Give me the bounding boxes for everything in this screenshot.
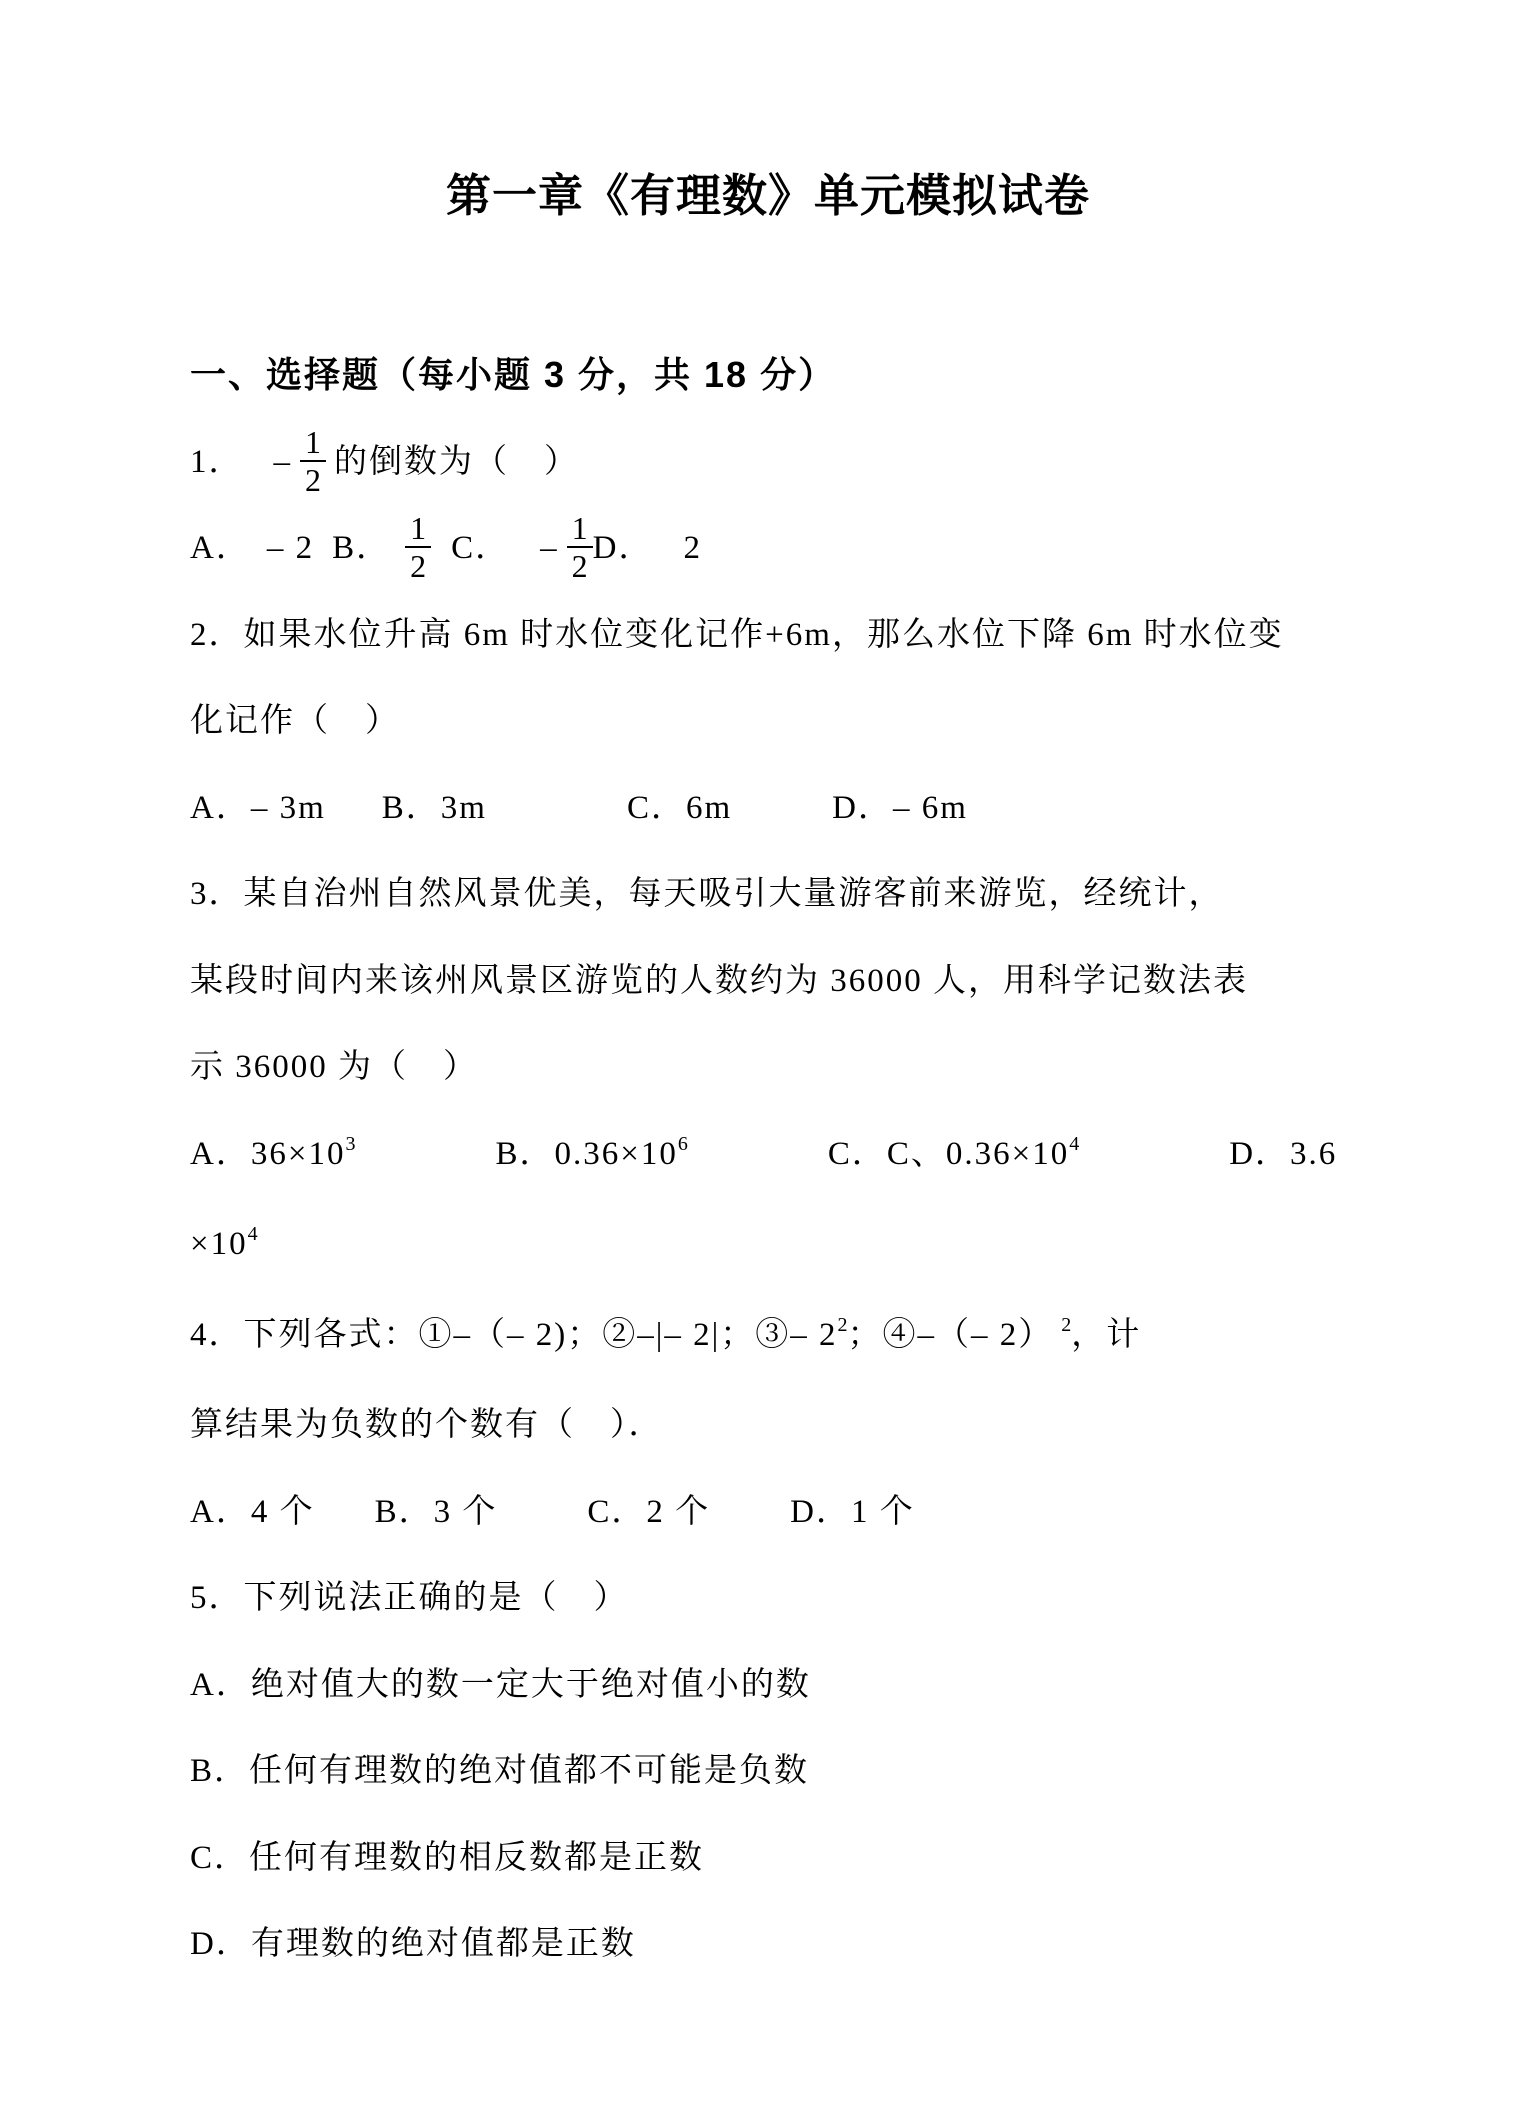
question-3-options: A．36×103B．0.36×106C．C、0.36×104D．3.6 [0, 1111, 1536, 1202]
question-3-option-d-wrap: ×104 [0, 1201, 1536, 1292]
option-b-exponent: 6 [678, 1133, 688, 1155]
question-1-stem: 1．–12的倒数为（ ） [0, 419, 1536, 506]
option-d-continued: ×10 [190, 1226, 248, 1262]
option-d-value: 2 [683, 530, 702, 566]
fraction-one-half: 12 [300, 424, 326, 498]
fraction-numerator: 1 [405, 510, 431, 548]
question-2-options: A．– 3mB．3mC．6mD．– 6m [0, 765, 1536, 852]
option-c-exponent: 4 [1069, 1133, 1079, 1155]
exponent: 2 [1061, 1314, 1071, 1336]
fraction-one-half: 12 [405, 510, 431, 584]
question-2-stem-line1: 2．如果水位升高 6m 时水位变化记作+6m，那么水位下降 6m 时水位变 [0, 592, 1536, 679]
option-b: B．3m [382, 790, 487, 826]
fraction-denominator: 2 [405, 548, 431, 584]
option-c-label: C． [451, 530, 510, 566]
question-5-option-a: A．绝对值大的数一定大于绝对值小的数 [0, 1642, 1536, 1729]
option-a-exponent: 3 [345, 1133, 355, 1155]
question-4-text: ，计 [1071, 1317, 1141, 1353]
option-a-value: – 2 [267, 530, 314, 566]
fraction-numerator: 1 [300, 424, 326, 462]
option-b-label: B． [332, 530, 391, 566]
option-b: B．3 个 [375, 1494, 498, 1530]
option-d-exponent: 4 [248, 1223, 258, 1245]
question-4-stem-line1: 4．下列各式：①–（– 2)；②–|– 2|；③– 22；④–（– 2）2，计 [0, 1292, 1536, 1383]
option-a: A．– 3m [190, 790, 326, 826]
fraction-numerator: 1 [567, 510, 593, 548]
question-4-expressions: 4．下列各式：①–（– 2)；②–|– 2|；③– 2 [190, 1317, 837, 1353]
option-d-label: D． [593, 530, 654, 566]
fraction-denominator: 2 [567, 548, 593, 584]
option-a-label: A． [190, 530, 251, 566]
option-c: C．6m [627, 790, 732, 826]
option-a: A．4 个 [190, 1494, 315, 1530]
question-4-stem-line2: 算结果为负数的个数有（ ）． [0, 1382, 1536, 1469]
option-d: D．1 个 [790, 1494, 915, 1530]
option-a: A．36×10 [190, 1136, 345, 1172]
question-4-options: A．4 个B．3 个C．2 个D．1 个 [0, 1469, 1536, 1556]
question-3-stem-line2: 某段时间内来该州风景区游览的人数约为 36000 人，用科学记数法表 [0, 938, 1536, 1025]
question-1-text: 的倒数为（ ） [334, 444, 579, 480]
option-b: B．0.36×10 [495, 1136, 677, 1172]
minus-sign: – [274, 444, 293, 480]
question-5-option-b: B．任何有理数的绝对值都不可能是负数 [0, 1728, 1536, 1815]
question-3-stem-line3: 示 36000 为（ ） [0, 1024, 1536, 1111]
option-c: C．2 个 [587, 1494, 710, 1530]
question-5-option-d: D．有理数的绝对值都是正数 [0, 1901, 1536, 1988]
paper-title: 第一章《有理数》单元模拟试卷 [0, 0, 1536, 222]
question-5-stem: 5．下列说法正确的是（ ） [0, 1555, 1536, 1642]
option-d: D．– 6m [832, 790, 968, 826]
question-1-number: 1． [190, 444, 244, 480]
option-c: C．C、0.36×10 [828, 1136, 1069, 1172]
fraction-denominator: 2 [300, 462, 326, 498]
exam-paper-page: 第一章《有理数》单元模拟试卷 一、选择题（每小题 3 分，共 18 分） 1．–… [0, 0, 1536, 2127]
option-d: D．3.6 [1229, 1136, 1337, 1172]
fraction-one-half: 12 [567, 510, 593, 584]
question-5-option-c: C．任何有理数的相反数都是正数 [0, 1815, 1536, 1902]
exponent: 2 [837, 1314, 847, 1336]
minus-sign: – [540, 530, 559, 566]
section-heading: 一、选择题（每小题 3 分，共 18 分） [0, 332, 1536, 419]
question-4-expressions: ；④–（– 2） [847, 1317, 1053, 1353]
question-1-options: A．– 2B．12C．–12D．2 [0, 505, 1536, 592]
question-2-stem-line2: 化记作（ ） [0, 678, 1536, 765]
question-3-stem-line1: 3．某自治州自然风景优美，每天吸引大量游客前来游览，经统计， [0, 851, 1536, 938]
